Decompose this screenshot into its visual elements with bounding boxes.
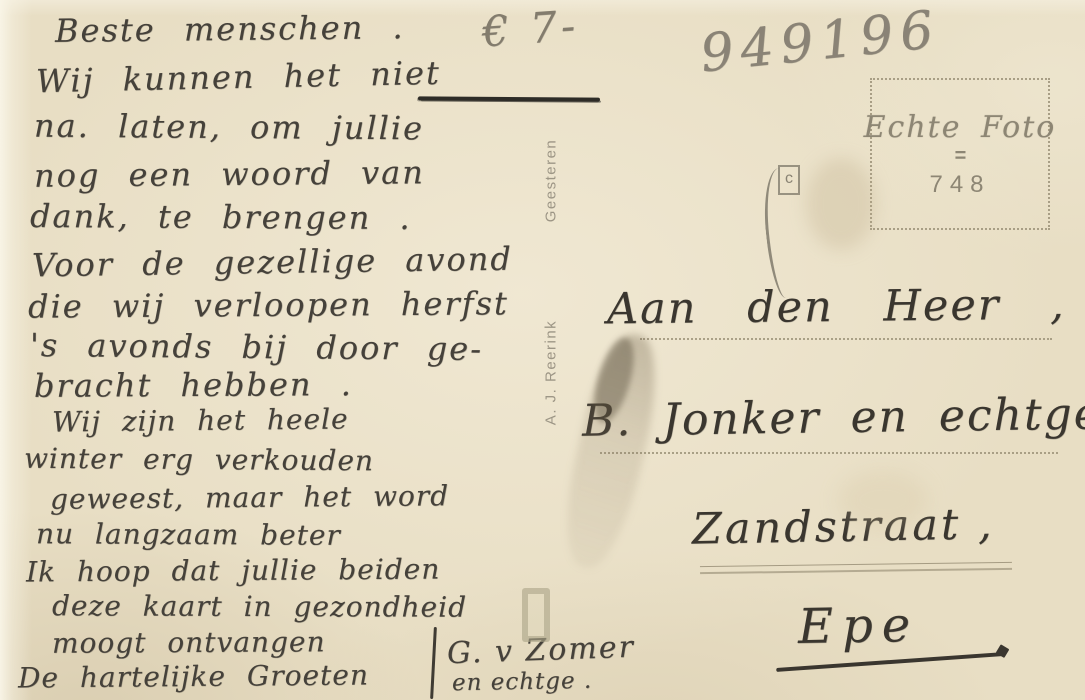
message-line: die wij verloopen herfst <box>28 284 509 325</box>
ink-underline-stroke <box>418 96 600 101</box>
town-underline-stroke <box>776 652 1004 672</box>
message-line: De hartelijke Groeten <box>18 658 369 694</box>
address-line-name: B. Jonker en echtge. <box>582 388 1085 446</box>
signature-divider-stroke <box>430 627 437 699</box>
message-line: deze kaart in gezondheid <box>52 589 467 623</box>
message-line: Ik hoop dat jullie beiden <box>26 553 441 589</box>
signature-addition: en echtge . <box>452 668 593 696</box>
message-line: na. laten, om jullie <box>34 107 424 148</box>
message-line: winter erg verkouden <box>24 442 374 477</box>
stamp-box-separator: = <box>955 151 966 161</box>
stamp-box-title: Echte Foto <box>864 110 1057 145</box>
printed-dotted-address-rule <box>600 452 1058 454</box>
pencil-catalog-number: 949196 <box>698 0 943 84</box>
message-line: 's avonds bij door ge- <box>30 326 483 368</box>
faint-stain <box>806 158 876 250</box>
message-line: nu langzaam beter <box>36 517 341 552</box>
stamp-box-number: 748 <box>929 171 990 199</box>
message-line: nog een woord van <box>34 153 425 194</box>
message-line: moogt ontvangen <box>52 625 326 659</box>
message-line: bracht hebben . <box>34 365 353 405</box>
stamp-box: Echte Foto = 748 <box>870 78 1050 230</box>
message-line: geweest, maar het word <box>50 479 449 515</box>
address-line-town: Epe <box>798 597 920 655</box>
printed-dotted-address-rule <box>640 338 1052 340</box>
message-line: dank, te brengen . <box>30 197 412 237</box>
pencil-price-marking: € 7- <box>480 1 580 57</box>
message-line: Voor de gezellige avond <box>32 240 513 285</box>
message-line: Beste menschen . <box>55 8 405 50</box>
message-line: Wij zijn het heele <box>52 402 349 438</box>
imprint-publisher: A. J. Reerink <box>543 293 560 453</box>
imprint-place: Geesteren <box>543 111 560 251</box>
faint-stain <box>838 470 928 530</box>
small-c-stamp-mark: c <box>778 165 800 195</box>
message-line: Wij kunnen het niet <box>36 54 442 100</box>
address-line-recipient: Aan den Heer , <box>607 280 1066 335</box>
street-underline-rule <box>700 562 1012 574</box>
gray-box-remnant-mark <box>522 588 550 642</box>
postcard-back: Beste menschen . Wij kunnen het niet na.… <box>0 0 1085 700</box>
